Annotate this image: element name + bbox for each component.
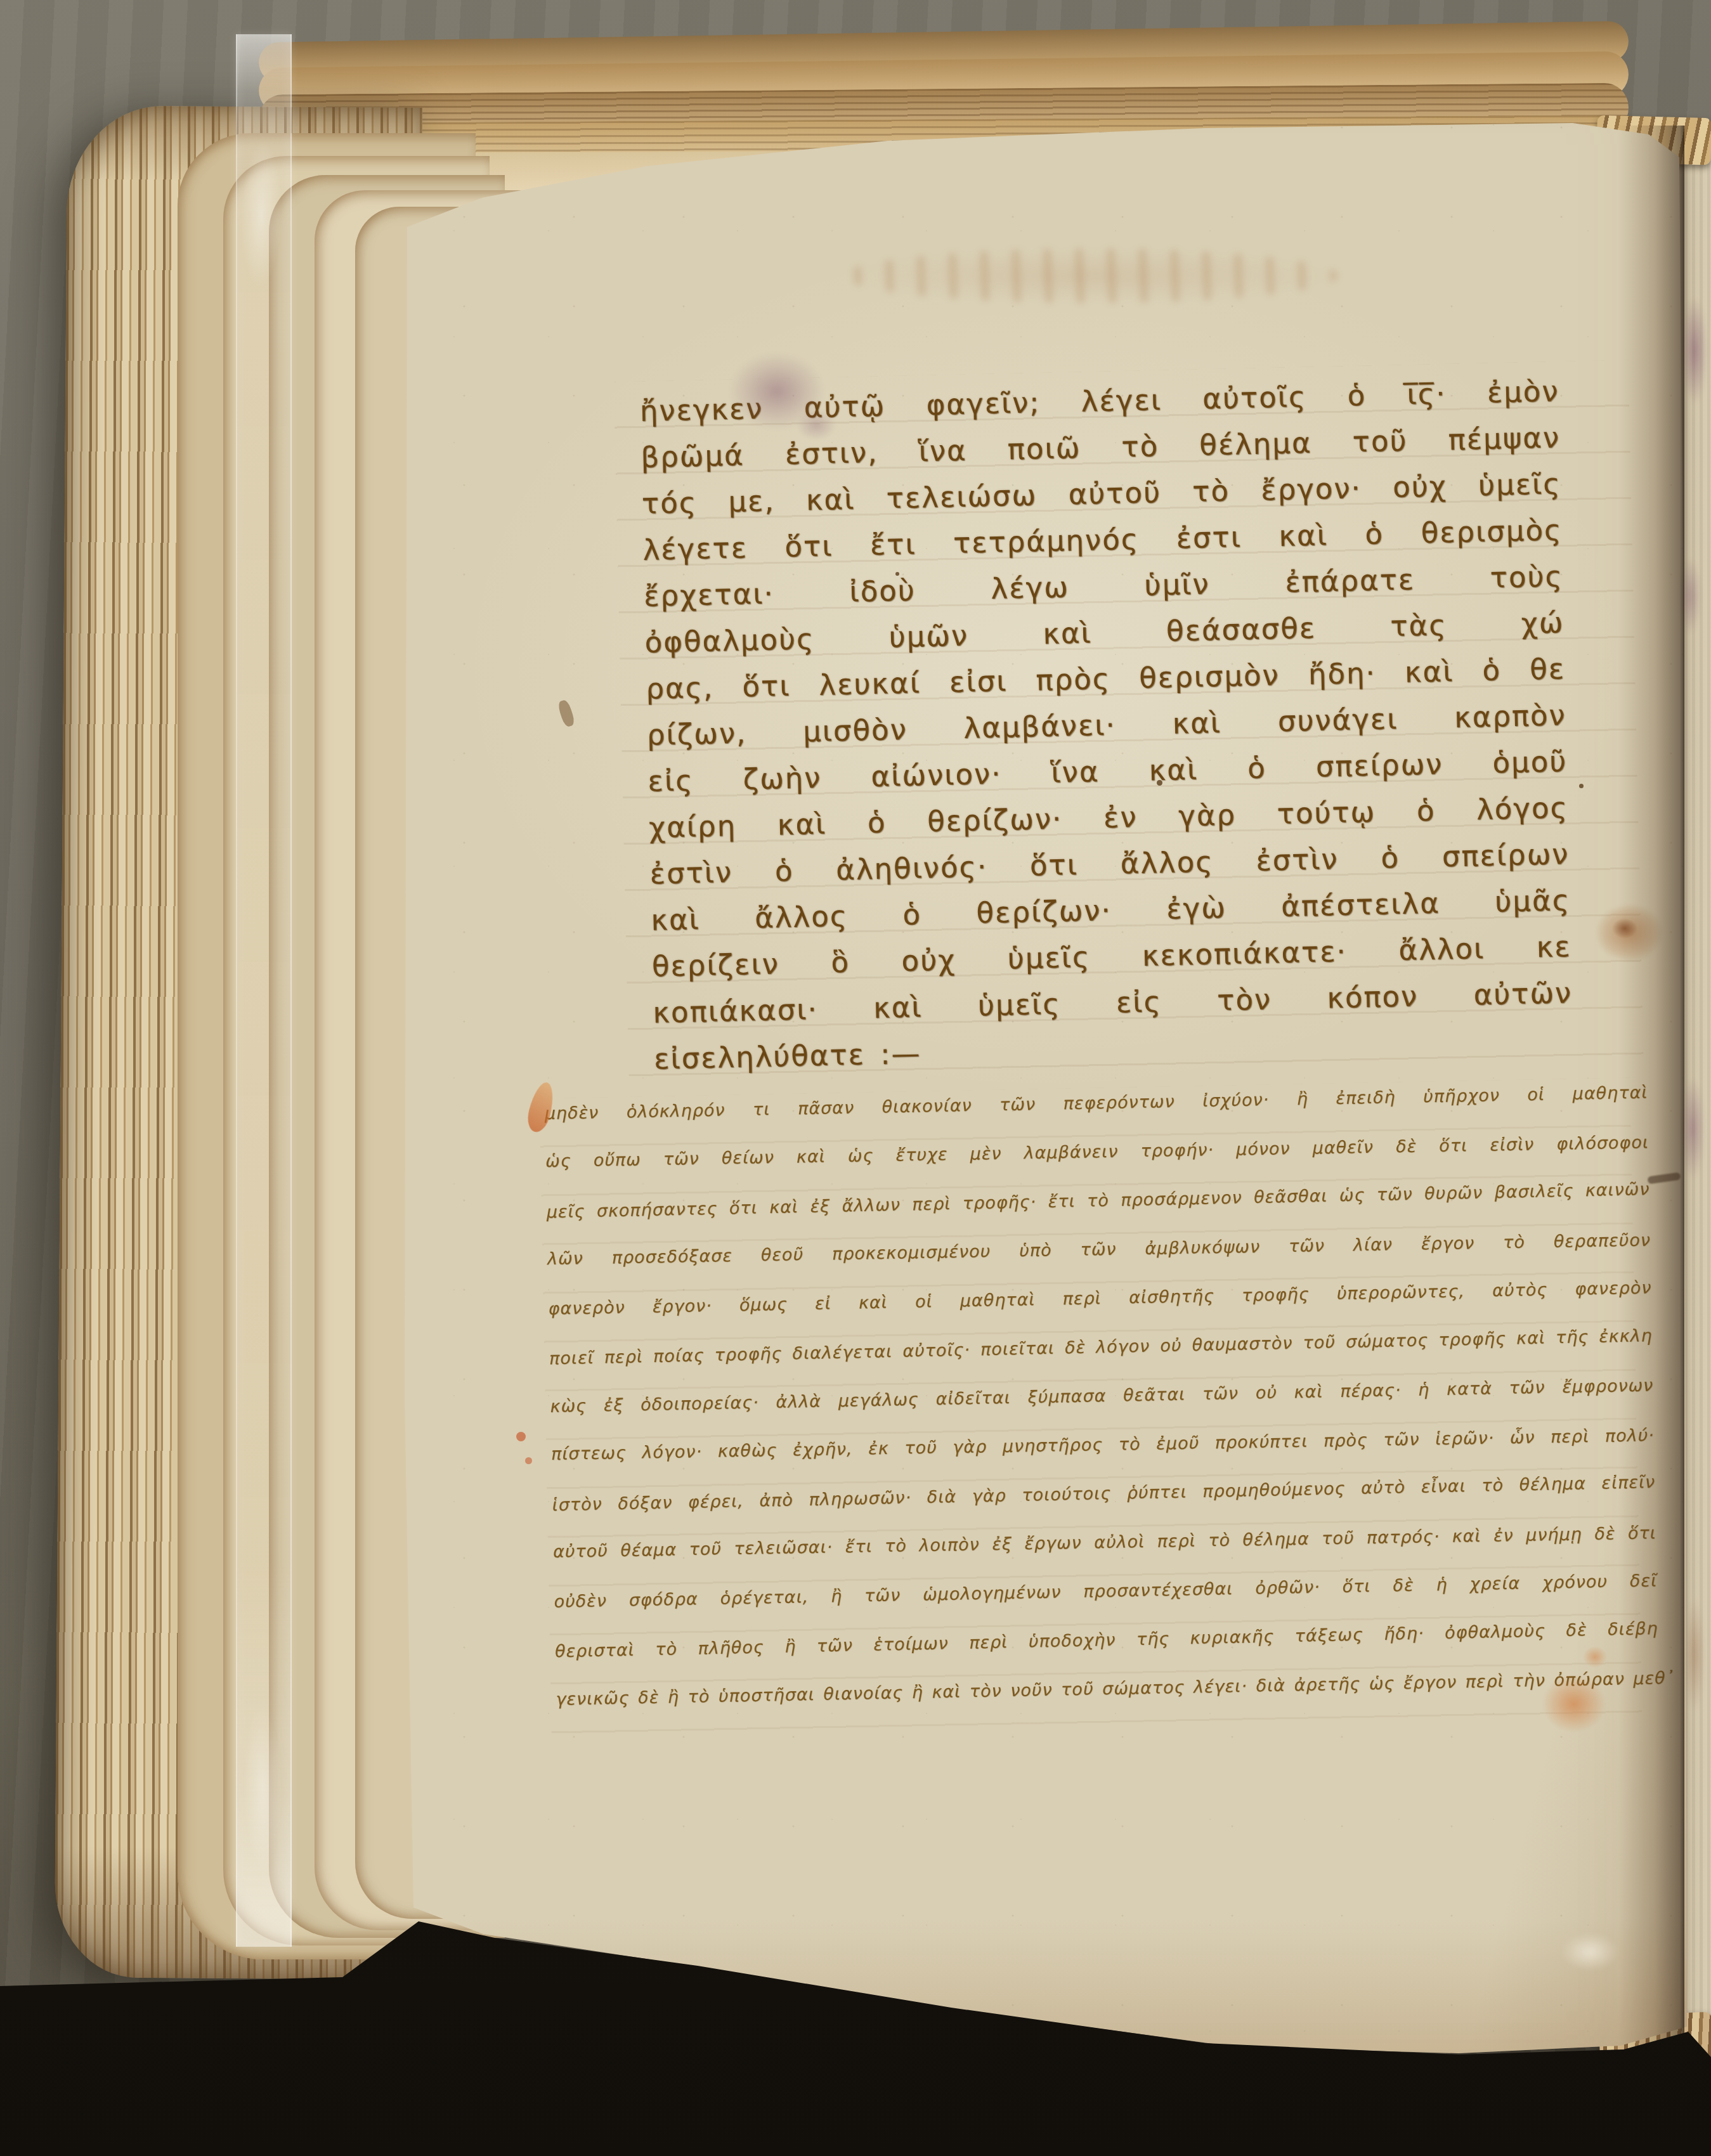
gospel-text-block: ἤνεγκεν αὐτῷ φαγεῖν; λέγει αὐτοῖς ὁ ι̅ς̅… [639,368,1574,1082]
conservation-strap [236,34,292,1947]
ink-spot [895,572,899,576]
faded-inscription [843,249,1338,303]
marginal-red-dot [516,1432,526,1441]
ink-spot [1157,780,1162,786]
parchment-scar [1561,1933,1618,1971]
ink-spot [1579,784,1584,788]
commentary-text-block: μηδὲν ὁλόκληρόν τι πᾶσαν θιακονίαν τῶν π… [544,1068,1660,1724]
marginal-red-dot [525,1457,532,1464]
manuscript-photo: ἤνεγκεν αὐτῷ φαγεῖν; λέγει αὐτοῖς ὁ ι̅ς̅… [0,0,1711,2156]
